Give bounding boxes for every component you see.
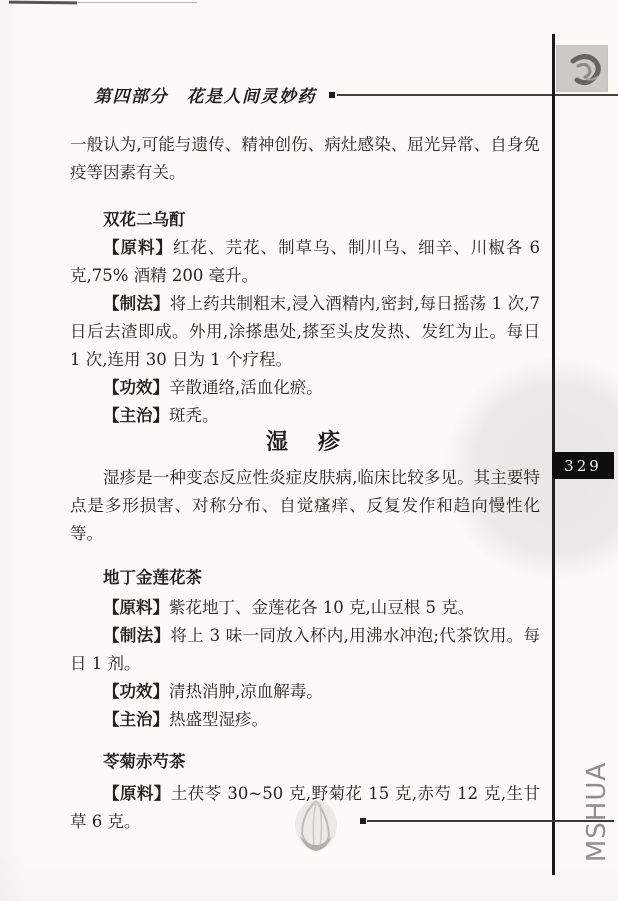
paragraph: 一般认为,可能与遗传、精神创伤、病灶感染、屈光异常、自身免疫等因素有关。 — [70, 131, 540, 187]
press-watermark: MSHUA — [582, 742, 612, 882]
field-text: 斑秃。 — [169, 406, 219, 425]
field-label: 【功效】 — [103, 682, 169, 701]
scan-edge-artifact — [9, 1, 77, 5]
recipe-title: 地丁金莲花茶 — [70, 564, 540, 588]
field-label: 【原料】 — [103, 238, 173, 257]
recipe-title: 苓菊赤芍茶 — [70, 748, 540, 772]
chapter-header: 第四部分 花是人间灵妙药 — [94, 82, 316, 107]
field-label: 【制法】 — [103, 294, 170, 313]
footer-bullet — [360, 818, 366, 824]
recipe-effect: 【功效】清热消肿,凉血解毒。 — [70, 678, 540, 706]
recipe-ingredients: 【原料】紫花地丁、金莲花各 10 克,山豆根 5 克。 — [70, 594, 540, 622]
footer-rule — [367, 820, 614, 822]
scan-edge-artifact — [77, 2, 197, 3]
field-label: 【主治】 — [103, 406, 169, 425]
shell-ornament-icon — [290, 796, 344, 856]
field-label: 【原料】 — [103, 598, 169, 617]
recipe-effect: 【功效】辛散通络,活血化瘀。 — [70, 374, 540, 402]
section-title: 湿 疹 — [70, 425, 540, 456]
field-label: 【制法】 — [103, 626, 170, 645]
field-label: 【功效】 — [103, 378, 169, 397]
field-text: 热盛型湿疹。 — [169, 710, 268, 729]
field-text: 紫花地丁、金莲花各 10 克,山豆根 5 克。 — [169, 598, 474, 617]
recipe-method: 【制法】将上 3 味一同放入杯内,用沸水冲泡;代茶饮用。每日 1 剂。 — [70, 622, 540, 678]
book-page: 第四部分 花是人间灵妙药 329 MSHUA 一般认为,可能与遗传、精神创伤、病… — [0, 0, 618, 901]
recipe-title: 双花二乌酊 — [70, 206, 540, 230]
recipe-ingredients: 【原料】红花、芫花、制草乌、制川乌、细辛、川椒各 6 克,75% 酒精 200 … — [70, 234, 540, 290]
field-label: 【原料】 — [103, 784, 171, 803]
recipe-method: 【制法】将上药共制粗末,浸入酒精内,密封,每日摇荡 1 次,7 日后去渣即成。外… — [70, 290, 540, 374]
field-text: 清热消肿,凉血解毒。 — [169, 682, 323, 701]
page-number-badge: 329 — [552, 452, 614, 479]
recipe-indication: 【主治】热盛型湿疹。 — [70, 706, 540, 734]
header-bullet — [329, 92, 335, 98]
field-label: 【主治】 — [103, 710, 169, 729]
section-description: 湿疹是一种变态反应性炎症皮肤病,临床比较多见。其主要特点是多形损害、对称分布、自… — [70, 464, 540, 548]
header-rule — [337, 94, 618, 96]
field-text: 辛散通络,活血化瘀。 — [169, 378, 323, 397]
flower-stamp-icon — [556, 45, 608, 92]
